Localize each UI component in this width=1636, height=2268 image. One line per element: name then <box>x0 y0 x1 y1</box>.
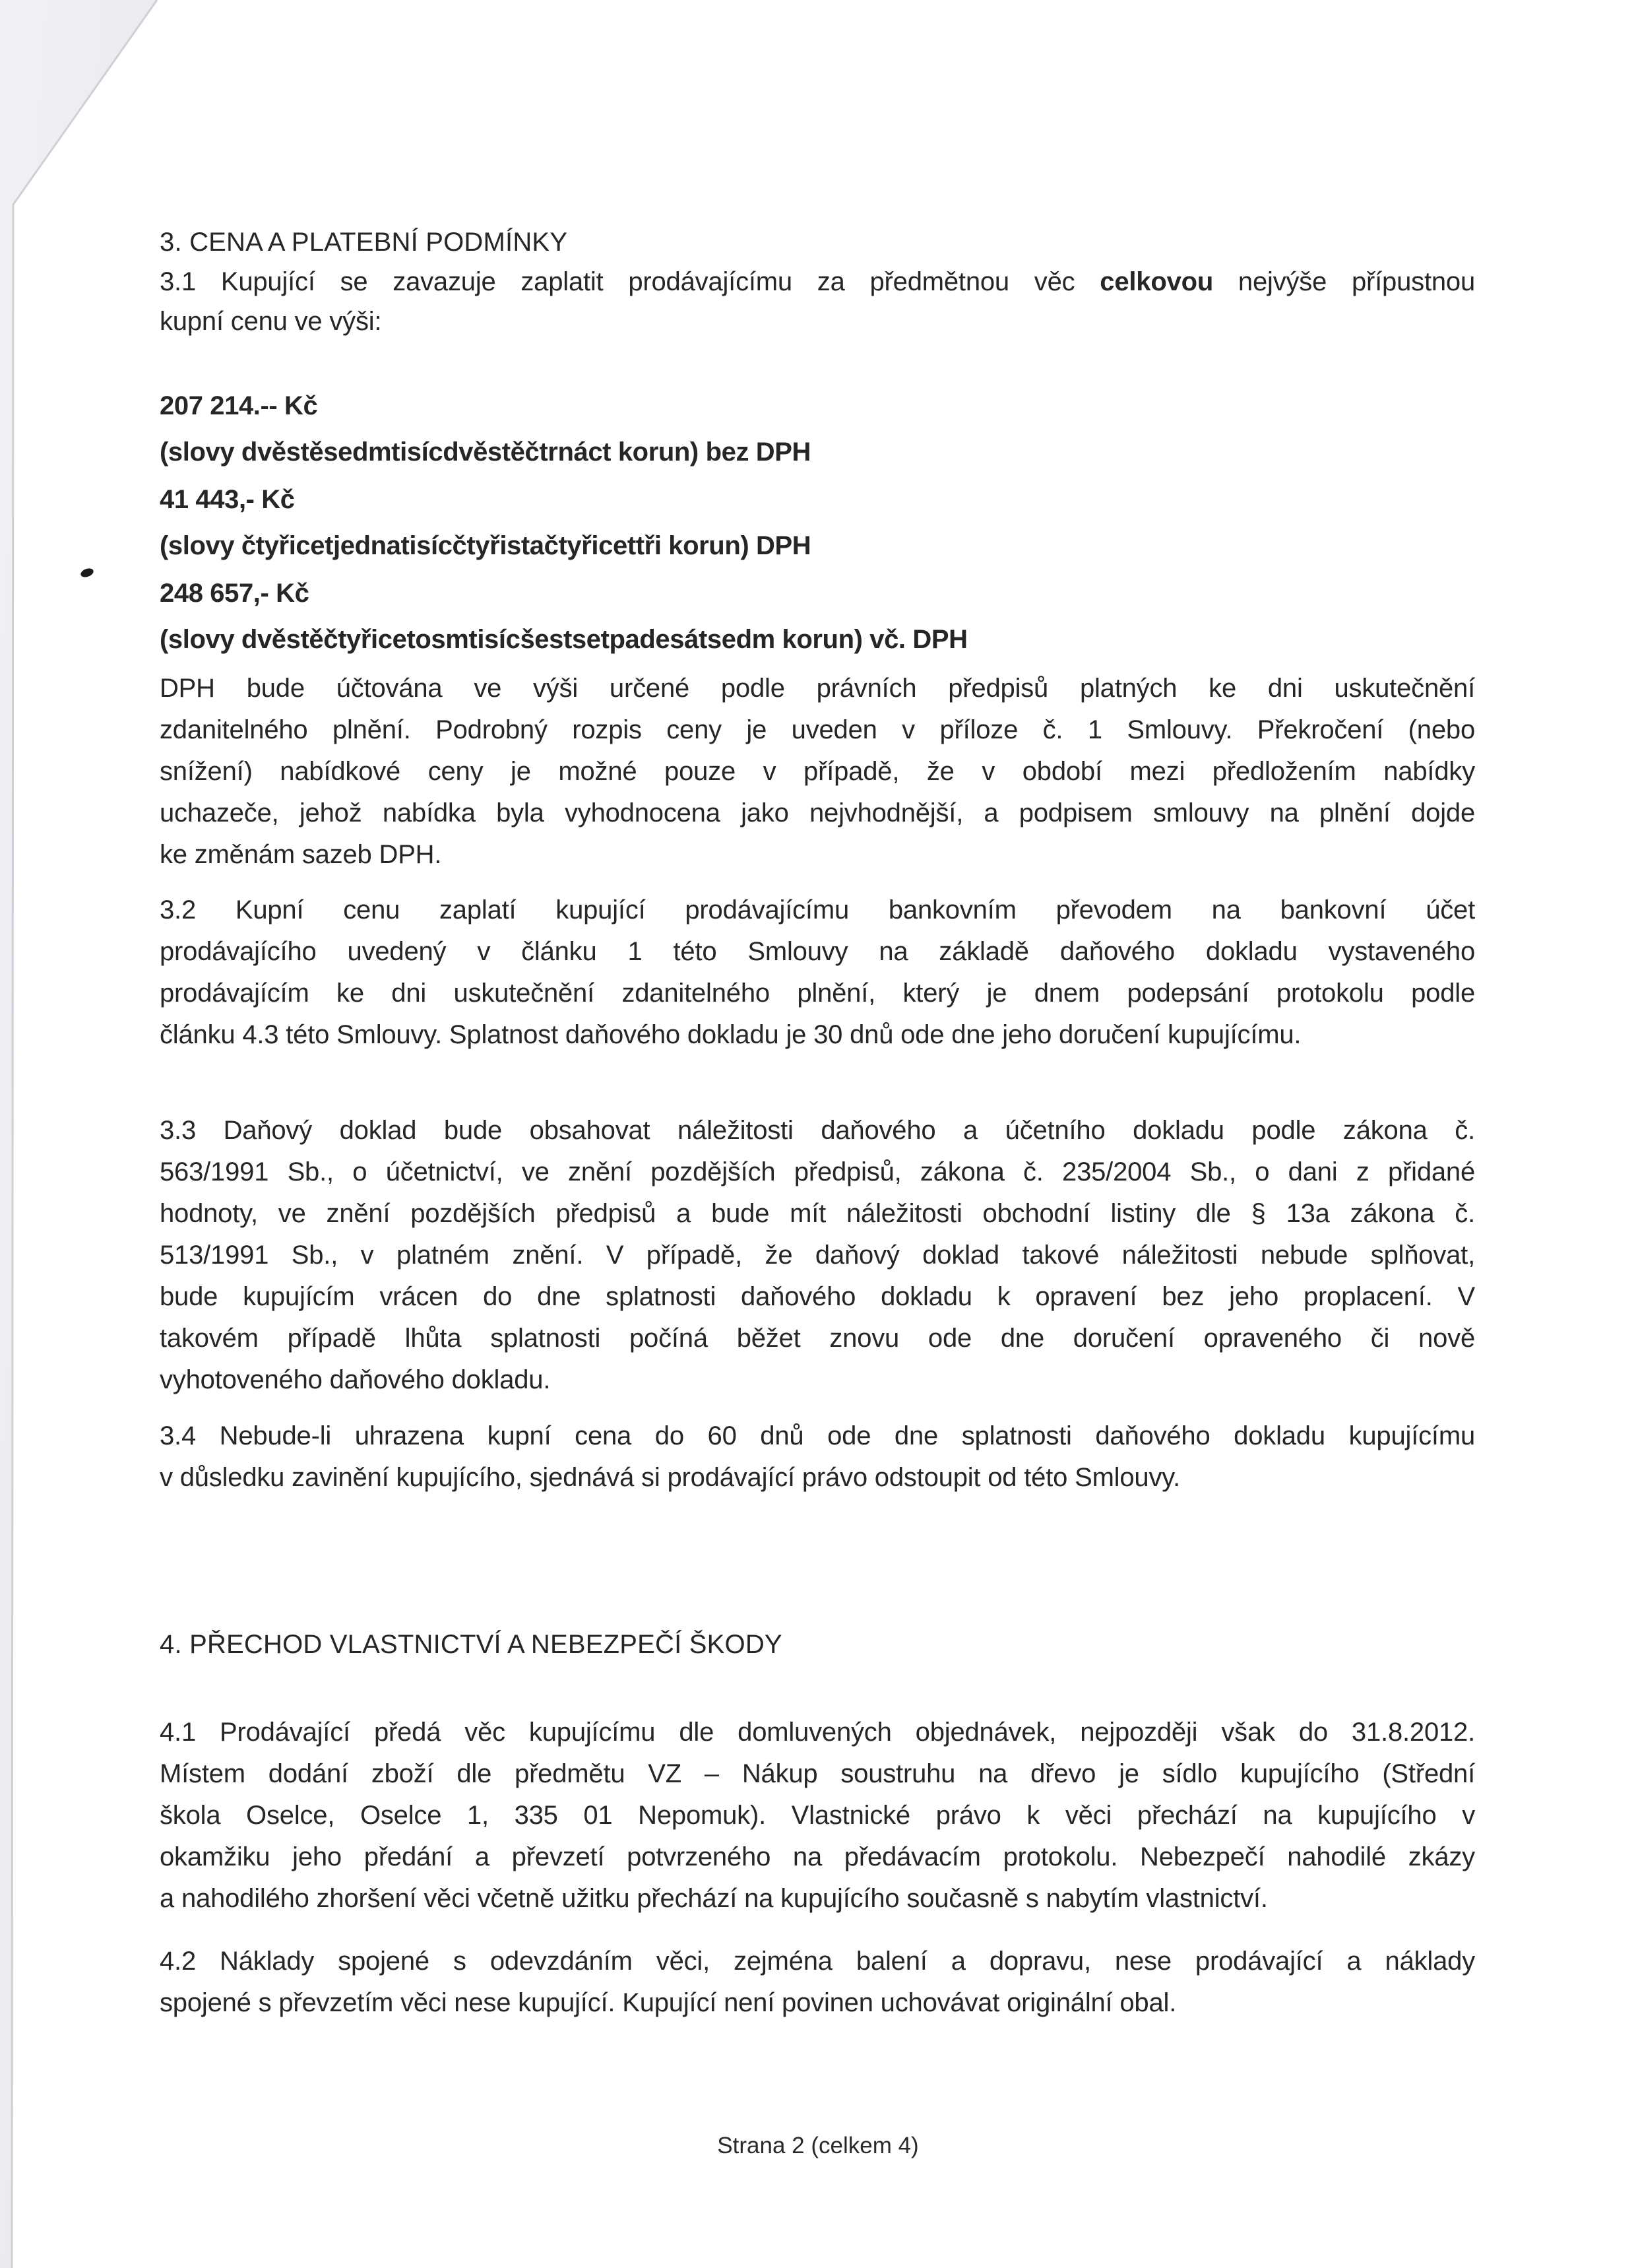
paragraph-3-3-line: 563/1991 Sb., o účetnictví, ve znění poz… <box>160 1151 1475 1193</box>
paragraph-3-1-line-2: kupní cenu ve výši: <box>160 302 1475 341</box>
paragraph-3-3-line: 513/1991 Sb., v platném znění. V případě… <box>160 1235 1475 1276</box>
ink-blot <box>80 567 95 579</box>
paragraph-3-3: 3.3 Daňový doklad bude obsahovat náležit… <box>160 1110 1475 1401</box>
paragraph-3-1-emphasis: celkovou <box>1100 267 1213 296</box>
paragraph-4-2-line: spojené s převzetím věci nese kupující. … <box>160 1982 1475 2024</box>
paragraph-3-4-line: v důsledku zavinění kupujícího, sjednává… <box>160 1457 1475 1499</box>
page-number-footer: Strana 2 (celkem 4) <box>0 2133 1636 2159</box>
price-gross-words: (slovy dvěstěčtyřicetosmtisícšestsetpade… <box>160 616 1475 663</box>
paragraph-3-3-line: 3.3 Daňový doklad bude obsahovat náležit… <box>160 1110 1475 1151</box>
paragraph-3-3-line: vyhotoveného daňového dokladu. <box>160 1359 1475 1401</box>
paragraph-4-1-line: škola Oselce, Oselce 1, 335 01 Nepomuk).… <box>160 1795 1475 1836</box>
vat-note-line: zdanitelného plnění. Podrobný rozpis cen… <box>160 709 1475 751</box>
vat-note-line: DPH bude účtována ve výši určené podle p… <box>160 668 1475 709</box>
paragraph-3-2: 3.2 Kupní cenu zaplatí kupující prodávaj… <box>160 890 1475 1056</box>
paragraph-4-1-line: 4.1 Prodávající předá věc kupujícímu dle… <box>160 1712 1475 1753</box>
paragraph-4-2-line: 4.2 Náklady spojené s odevzdáním věci, z… <box>160 1941 1475 1982</box>
paragraph-3-3-line: bude kupujícím vrácen do dne splatnosti … <box>160 1276 1475 1318</box>
paragraph-4-2: 4.2 Náklady spojené s odevzdáním věci, z… <box>160 1941 1475 2024</box>
paragraph-3-1-suffix-a: nejvýše přípustnou <box>1213 267 1475 296</box>
price-vat-amount: 41 443,- Kč <box>160 476 1475 523</box>
paragraph-3-4: 3.4 Nebude-li uhrazena kupní cena do 60 … <box>160 1415 1475 1499</box>
paragraph-3-2-line: prodávajícím ke dni uskutečnění zdanitel… <box>160 973 1475 1014</box>
paragraph-4-1: 4.1 Prodávající předá věc kupujícímu dle… <box>160 1712 1475 1920</box>
paragraph-3-1: 3.1 Kupující se zavazuje zaplatit prodáv… <box>160 262 1475 341</box>
paragraph-3-2-line: prodávajícího uvedený v článku 1 této Sm… <box>160 931 1475 973</box>
paragraph-3-3-line: takovém případě lhůta splatnosti počíná … <box>160 1318 1475 1359</box>
paragraph-4-1-line: okamžiku jeho předání a převzetí potvrze… <box>160 1836 1475 1878</box>
price-gross-amount: 248 657,- Kč <box>160 570 1475 616</box>
section-3-heading: 3. CENA A PLATEBNÍ PODMÍNKY <box>160 222 1475 262</box>
paragraph-3-4-line: 3.4 Nebude-li uhrazena kupní cena do 60 … <box>160 1415 1475 1457</box>
paragraph-4-1-line: a nahodilého zhoršení věci včetně užitku… <box>160 1878 1475 1920</box>
paragraph-3-1-text: 3.1 Kupující se zavazuje zaplatit prodáv… <box>160 267 1100 296</box>
paragraph-vat-note: DPH bude účtována ve výši určené podle p… <box>160 668 1475 876</box>
price-net-words: (slovy dvěstěsedmtisícdvěstěčtrnáct koru… <box>160 429 1475 475</box>
vat-note-line: ke změnám sazeb DPH. <box>160 834 1475 876</box>
section-4-heading: 4. PŘECHOD VLASTNICTVÍ A NEBEZPEČÍ ŠKODY <box>160 1625 1475 1664</box>
paragraph-3-2-line: článku 4.3 této Smlouvy. Splatnost daňov… <box>160 1014 1475 1056</box>
vat-note-line: snížení) nabídkové ceny je možné pouze v… <box>160 751 1475 793</box>
paragraph-3-3-line: hodnoty, ve znění pozdějších předpisů a … <box>160 1193 1475 1235</box>
vat-note-line: uchazeče, jehož nabídka byla vyhodnocena… <box>160 793 1475 834</box>
price-net-amount: 207 214.-- Kč <box>160 383 1475 429</box>
price-vat-words: (slovy čtyřicetjednatisícčtyřistačtyřice… <box>160 523 1475 569</box>
paragraph-3-2-line: 3.2 Kupní cenu zaplatí kupující prodávaj… <box>160 890 1475 931</box>
paragraph-3-1-line-1: 3.1 Kupující se zavazuje zaplatit prodáv… <box>160 262 1475 302</box>
paragraph-4-1-line: Místem dodání zboží dle předmětu VZ – Ná… <box>160 1753 1475 1795</box>
